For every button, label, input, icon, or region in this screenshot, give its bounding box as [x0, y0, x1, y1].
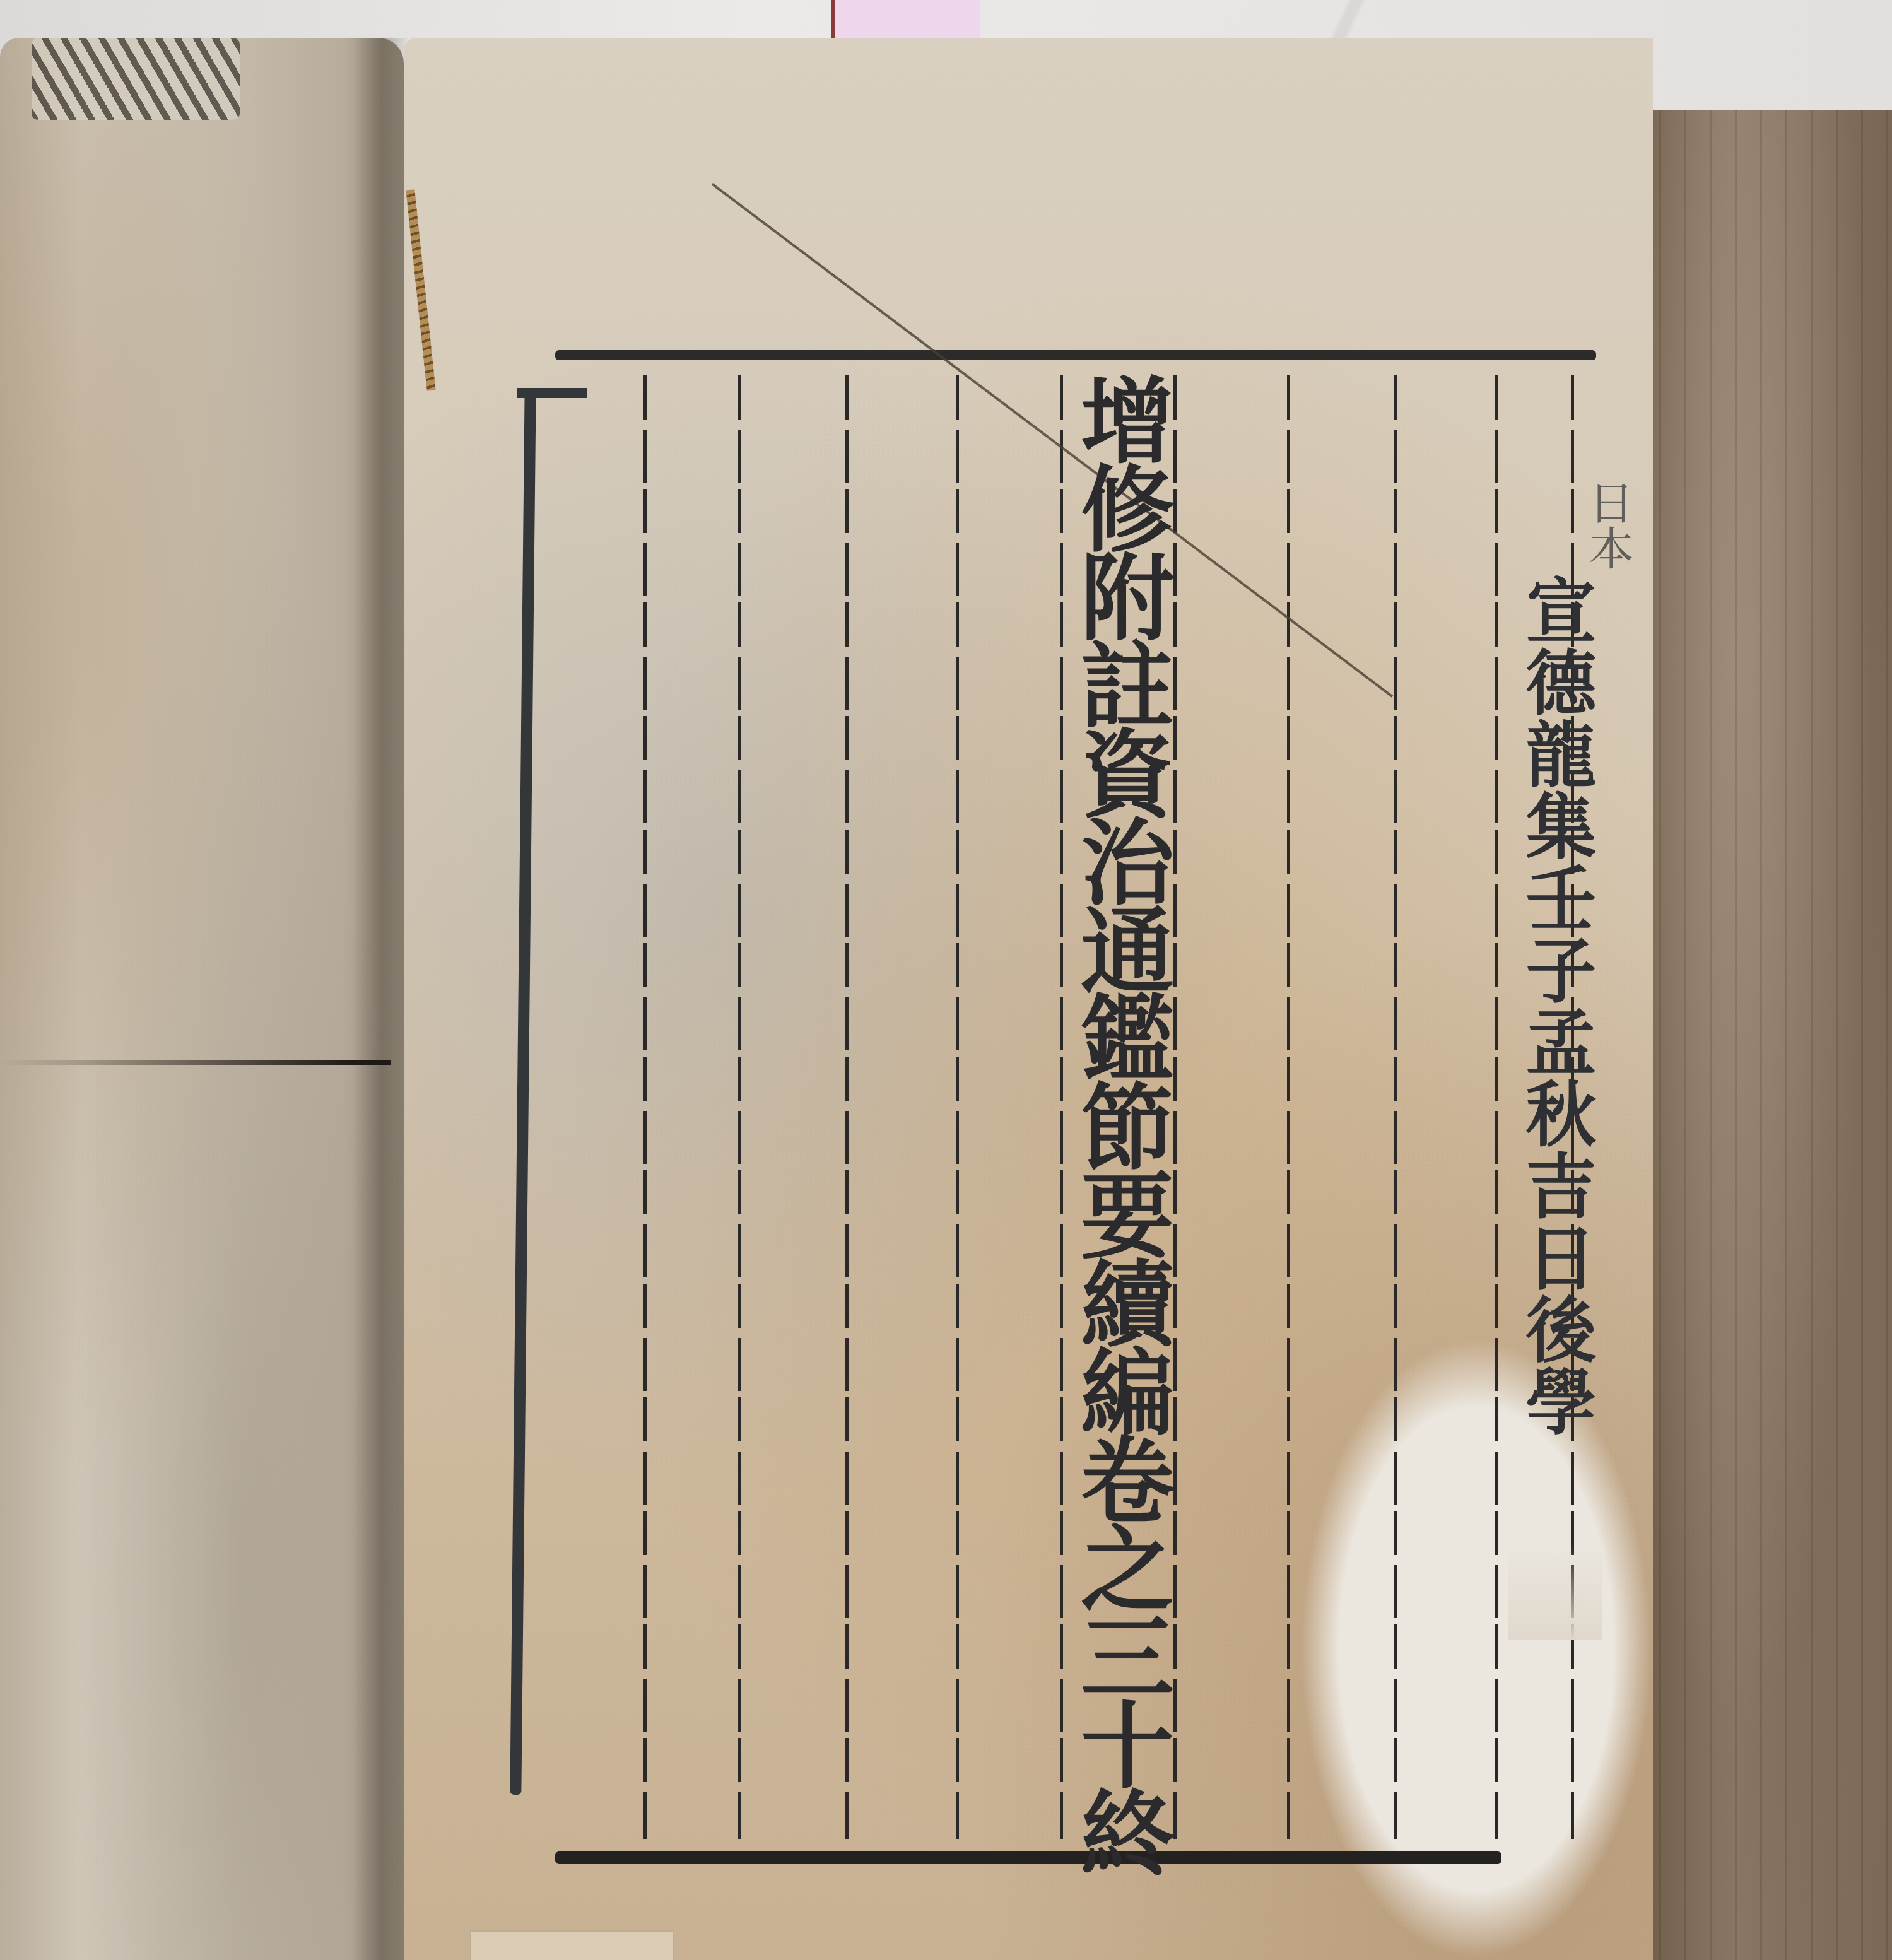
column-rule	[1287, 375, 1290, 1839]
frame-left-border	[510, 388, 536, 1795]
spine-printed-fragment	[32, 38, 240, 120]
spine-fold-shadow	[353, 38, 410, 1960]
column-rule	[1394, 375, 1397, 1839]
back-cover-board	[1634, 110, 1892, 1960]
column-rule	[738, 375, 741, 1839]
book-spine-cover	[0, 38, 404, 1960]
bottom-label-tag	[470, 1930, 674, 1960]
printed-frame	[505, 350, 1596, 1867]
colophon-damage	[1508, 1546, 1602, 1640]
colophon-date: 宣德龍集壬子孟秋吉日後學	[1511, 574, 1599, 1437]
column-rule	[845, 375, 849, 1839]
spine-crack	[0, 1060, 391, 1065]
frame-bottom-border	[555, 1851, 1501, 1864]
margin-inscription: 日本	[1602, 479, 1640, 570]
column-rule	[1495, 375, 1498, 1839]
frame-top-border	[555, 350, 1596, 360]
column-rule	[643, 375, 647, 1839]
volume-end-title: 增修附註資治通鑑節要續編卷之三十終	[1063, 372, 1177, 1874]
pink-bookmark-tab	[831, 0, 980, 38]
column-rule	[956, 375, 959, 1839]
